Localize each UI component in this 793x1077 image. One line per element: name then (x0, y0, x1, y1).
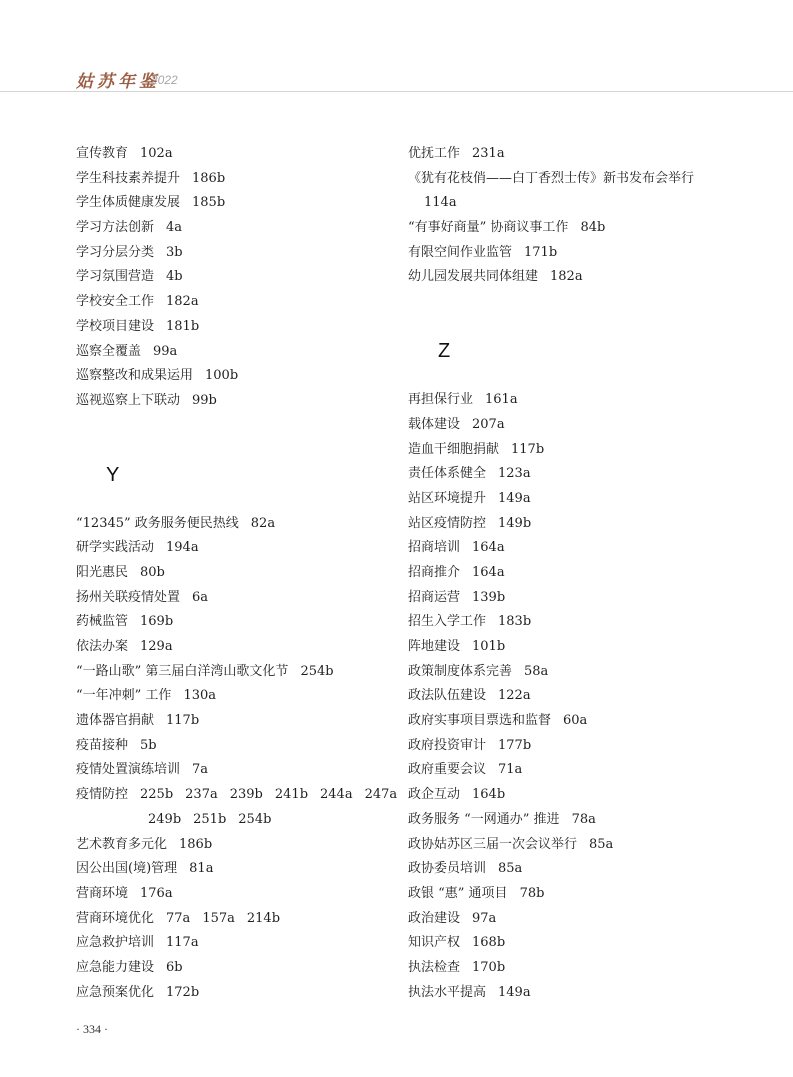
index-entry: 《犹有花枝俏——白丁香烈士传》新书发布会举行 (408, 167, 738, 192)
page-reference: 157a (202, 911, 235, 926)
page-references: 149b (498, 516, 543, 531)
yearbook-year: 2022 (151, 73, 178, 87)
index-term: 招商推介 (408, 565, 460, 580)
page-references: 254b (300, 664, 345, 679)
index-entry: 政府重要会议71a (408, 758, 738, 783)
index-term: 药械监管 (76, 614, 128, 629)
page-references: 85a (498, 861, 534, 876)
page-reference: 97a (472, 911, 496, 926)
index-term: 营商环境优化 (76, 911, 154, 926)
index-entry: 优抚工作231a (408, 142, 738, 167)
page-references: 170b (472, 960, 517, 975)
page-references: 129a (140, 639, 185, 654)
index-term: 疫情防控 (76, 787, 128, 802)
index-entry: “有事好商量” 协商议事工作84b (408, 216, 738, 241)
index-term: “一路山歌” 第三届白洋湾山歌文化节 (76, 664, 288, 679)
page-references: 123a (498, 466, 543, 481)
page-references: 82a (251, 516, 287, 531)
page-references: 149a (498, 985, 543, 1000)
index-entry: 艺术教育多元化186b (76, 833, 386, 858)
page-reference: 171b (524, 245, 557, 260)
page-reference: 251b (193, 812, 226, 827)
index-term: 知识产权 (408, 935, 460, 950)
page-reference: 181b (166, 319, 199, 334)
page-references: 60a (563, 713, 599, 728)
index-entry: 巡视巡察上下联动99b (76, 389, 386, 414)
index-entry: 阳光惠民80b (76, 561, 386, 586)
index-entry: 政银 “惠” 通项目78b (408, 882, 738, 907)
index-term: 载体建设 (408, 417, 460, 432)
page-references: 249b251b254b (148, 812, 283, 827)
page-reference: 60a (563, 713, 587, 728)
index-entry: 执法水平提高149a (408, 981, 738, 1006)
page-references: 100b (205, 368, 250, 383)
page-references: 168b (472, 935, 517, 950)
entries-x-group: 宣传教育102a学生科技素养提升186b学生体质健康发展185b学习方法创新4a… (76, 142, 386, 414)
page-references: 164a (472, 540, 517, 555)
page-reference: 78a (572, 812, 596, 827)
page-references: 164a (472, 565, 517, 580)
page-reference: 170b (472, 960, 505, 975)
page-references: 130a (183, 688, 228, 703)
index-term: 有限空间作业监管 (408, 245, 512, 260)
index-entry: 应急能力建设6b (76, 956, 386, 981)
index-term: 优抚工作 (408, 146, 460, 161)
page-references: 185b (192, 195, 237, 210)
page-reference: 149a (498, 985, 531, 1000)
page-reference: 123a (498, 466, 531, 481)
index-term: 研学实践活动 (76, 540, 154, 555)
page-references: 122a (498, 688, 543, 703)
page-references: 77a157a214b (166, 911, 292, 926)
index-term: 责任体系健全 (408, 466, 486, 481)
index-term: 依法办案 (76, 639, 128, 654)
yearbook-title: 姑苏年鉴 (76, 67, 160, 92)
page-references: 80b (140, 565, 177, 580)
page-reference: 117a (166, 935, 199, 950)
page-reference: 99b (192, 393, 217, 408)
index-entry: 学生体质健康发展185b (76, 191, 386, 216)
page-references: 6b (166, 960, 195, 975)
page-reference: 176a (140, 886, 173, 901)
page-references: 161a (485, 392, 530, 407)
index-entry: 学习分层分类3b (76, 241, 386, 266)
index-entry: 学校项目建设181b (76, 315, 386, 340)
index-entry: 疫情处置演练培训7a (76, 758, 386, 783)
index-term: 营商环境 (76, 886, 128, 901)
entries-y-group: “12345” 政务服务便民热线82a研学实践活动194a阳光惠民80b扬州关联… (76, 512, 386, 1006)
page-reference: 164b (472, 787, 505, 802)
page-reference: 99a (153, 344, 177, 359)
section-letter-y: Y (76, 438, 386, 512)
page-reference: 85a (589, 837, 613, 852)
page-reference: 4a (166, 220, 182, 235)
index-term: 学习氛围营造 (76, 269, 154, 284)
index-term: 学校安全工作 (76, 294, 154, 309)
page-references: 97a (472, 911, 508, 926)
page-reference: 101b (472, 639, 505, 654)
index-column-right: 优抚工作231a《犹有花枝俏——白丁香烈士传》新书发布会举行114a“有事好商量… (408, 142, 738, 1005)
page-reference: 102a (140, 146, 173, 161)
index-entry: 政协姑苏区三届一次会议举行85a (408, 833, 738, 858)
index-term: 政策制度体系完善 (408, 664, 512, 679)
page-reference: 6a (192, 590, 208, 605)
index-entry: 学校安全工作182a (76, 290, 386, 315)
index-entry: 知识产权168b (408, 931, 738, 956)
page-reference: 161a (485, 392, 518, 407)
index-entry: 阵地建设101b (408, 635, 738, 660)
page-reference: 177b (498, 738, 531, 753)
page-references: 4a (166, 220, 194, 235)
page-reference: 84b (580, 220, 605, 235)
page-reference: 58a (524, 664, 548, 679)
page-reference: 237a (185, 787, 218, 802)
page-reference: 169b (140, 614, 173, 629)
page-reference: 239b (230, 787, 263, 802)
page-reference: 214b (247, 911, 280, 926)
page-reference: 78b (520, 886, 545, 901)
index-term: 站区疫情防控 (408, 516, 486, 531)
index-term: 执法水平提高 (408, 985, 486, 1000)
index-term: 招商运营 (408, 590, 460, 605)
index-column-left: 宣传教育102a学生科技素养提升186b学生体质健康发展185b学习方法创新4a… (76, 142, 386, 1005)
index-term: 学习分层分类 (76, 245, 154, 260)
page-reference: 231a (472, 146, 505, 161)
index-entry: 站区环境提升149a (408, 487, 738, 512)
index-entry: 巡察全覆盖99a (76, 340, 386, 365)
page-references: 183b (498, 614, 543, 629)
index-entry: 有限空间作业监管171b (408, 241, 738, 266)
page-references: 117b (166, 713, 211, 728)
index-entry: 宣传教育102a (76, 142, 386, 167)
page-references: 117a (166, 935, 211, 950)
page-reference: 122a (498, 688, 531, 703)
index-entry: 招商推介164a (408, 561, 738, 586)
index-entry: 因公出国(境)管理81a (76, 857, 386, 882)
index-term: 应急救护培训 (76, 935, 154, 950)
index-term: 招商培训 (408, 540, 460, 555)
header-divider (0, 91, 793, 92)
page-references: 169b (140, 614, 185, 629)
page-reference: 80b (140, 565, 165, 580)
index-entry: 巡察整改和成果运用100b (76, 364, 386, 389)
index-term: 学生科技素养提升 (76, 171, 180, 186)
index-entry: 扬州关联疫情处置6a (76, 586, 386, 611)
page-reference: 117b (166, 713, 199, 728)
page-reference: 254b (238, 812, 271, 827)
page-references: 81a (189, 861, 225, 876)
page-references: 3b (166, 245, 195, 260)
index-entry: 营商环境优化77a157a214b (76, 907, 386, 932)
page-references: 172b (166, 985, 211, 1000)
section-gap (76, 414, 386, 438)
index-term: 阵地建设 (408, 639, 460, 654)
index-term: 政协姑苏区三届一次会议举行 (408, 837, 577, 852)
page-references: 101b (472, 639, 517, 654)
page-references: 164b (472, 787, 517, 802)
page-references: 7a (192, 762, 220, 777)
page-reference: 114a (424, 195, 457, 210)
page-references: 186b (192, 171, 237, 186)
section-letter-z: Z (408, 314, 738, 388)
page-references: 6a (192, 590, 220, 605)
page-reference: 71a (498, 762, 522, 777)
index-term: 政府投资审计 (408, 738, 486, 753)
page-reference: 168b (472, 935, 505, 950)
page-reference: 244a (320, 787, 353, 802)
page-references: 99a (153, 344, 189, 359)
page-references: 102a (140, 146, 185, 161)
page-references: 182a (166, 294, 211, 309)
page-reference: 85a (498, 861, 522, 876)
page-reference: 241b (275, 787, 308, 802)
page-references: 176a (140, 886, 185, 901)
page-reference: 77a (166, 911, 190, 926)
index-term: 学校项目建设 (76, 319, 154, 334)
page-references: 171b (524, 245, 569, 260)
index-term: 阳光惠民 (76, 565, 128, 580)
page-references: 194a (166, 540, 211, 555)
page-reference: 207a (472, 417, 505, 432)
section-gap (408, 290, 738, 314)
index-entry: 政治建设97a (408, 907, 738, 932)
page-reference: 182a (166, 294, 199, 309)
index-entry: 政府投资审计177b (408, 734, 738, 759)
index-term: “一年冲刺” 工作 (76, 688, 171, 703)
page-reference: 249b (148, 812, 181, 827)
page-reference: 172b (166, 985, 199, 1000)
page-reference: 225b (140, 787, 173, 802)
index-entry: 依法办案129a (76, 635, 386, 660)
page-references: 114a (424, 195, 469, 210)
page-references: 78a (572, 812, 608, 827)
page-references: 58a (524, 664, 560, 679)
page-references: 182a (550, 269, 595, 284)
page-reference: 164a (472, 565, 505, 580)
page-references: 71a (498, 762, 534, 777)
page-reference: 247a (365, 787, 398, 802)
index-entry: 再担保行业161a (408, 388, 738, 413)
index-entry: 责任体系健全123a (408, 462, 738, 487)
page-reference: 100b (205, 368, 238, 383)
index-entry: 研学实践活动194a (76, 536, 386, 561)
page-references: 186b (179, 837, 224, 852)
index-entry: 疫情防控225b237a239b241b244a247a (76, 783, 386, 808)
page-reference: 183b (498, 614, 531, 629)
page-references: 231a (472, 146, 517, 161)
index-term: 巡察整改和成果运用 (76, 368, 193, 383)
index-term: 疫情处置演练培训 (76, 762, 180, 777)
index-entry: 载体建设207a (408, 413, 738, 438)
page-reference: 3b (166, 245, 183, 260)
page-header: 姑苏年鉴 2022 (0, 0, 793, 92)
page-references: 78b (520, 886, 557, 901)
page-references: 177b (498, 738, 543, 753)
index-term: 应急预案优化 (76, 985, 154, 1000)
index-term: 政府实事项目票选和监督 (408, 713, 551, 728)
entries-y-continued-group: 优抚工作231a《犹有花枝俏——白丁香烈士传》新书发布会举行114a“有事好商量… (408, 142, 738, 290)
index-term: 政法队伍建设 (408, 688, 486, 703)
index-term: 政治建设 (408, 911, 460, 926)
index-entry: 招商运营139b (408, 586, 738, 611)
index-entry: 疫苗接种5b (76, 734, 386, 759)
index-term: 巡察全覆盖 (76, 344, 141, 359)
page-references: 84b (580, 220, 617, 235)
index-term: 再担保行业 (408, 392, 473, 407)
index-entry: 招生入学工作183b (408, 610, 738, 635)
page-reference: 129a (140, 639, 173, 654)
index-entry: 政策制度体系完善58a (408, 660, 738, 685)
index-entry: 营商环境176a (76, 882, 386, 907)
page-reference: 194a (166, 540, 199, 555)
index-entry: “一年冲刺” 工作130a (76, 684, 386, 709)
index-term: 执法检查 (408, 960, 460, 975)
index-term: 宣传教育 (76, 146, 128, 161)
page-reference: 82a (251, 516, 275, 531)
index-term: 造血干细胞捐献 (408, 442, 499, 457)
index-term: 扬州关联疫情处置 (76, 590, 180, 605)
page-references: 139b (472, 590, 517, 605)
index-entry: 学习氛围营造4b (76, 265, 386, 290)
index-entry: 政法队伍建设122a (408, 684, 738, 709)
index-entry: 执法检查170b (408, 956, 738, 981)
index-entry: 政协委员培训85a (408, 857, 738, 882)
index-term: “12345” 政务服务便民热线 (76, 516, 239, 531)
index-entry: 学生科技素养提升186b (76, 167, 386, 192)
page-number: · 334 · (76, 1022, 108, 1037)
index-entry: “12345” 政务服务便民热线82a (76, 512, 386, 537)
index-entry: 幼儿园发展共同体组建182a (408, 265, 738, 290)
index-term: 巡视巡察上下联动 (76, 393, 180, 408)
page-references: 149a (498, 491, 543, 506)
entries-z-group: 再担保行业161a载体建设207a造血干细胞捐献117b责任体系健全123a站区… (408, 388, 738, 1005)
index-term: 政银 “惠” 通项目 (408, 886, 508, 901)
index-term: 疫苗接种 (76, 738, 128, 753)
index-term: 幼儿园发展共同体组建 (408, 269, 538, 284)
index-entry: 114a (408, 191, 738, 216)
index-term: 应急能力建设 (76, 960, 154, 975)
index-entry: 应急救护培训117a (76, 931, 386, 956)
page-reference: 81a (189, 861, 213, 876)
page-reference: 185b (192, 195, 225, 210)
page-references: 207a (472, 417, 517, 432)
index-entry: 政府实事项目票选和监督60a (408, 709, 738, 734)
page-reference: 139b (472, 590, 505, 605)
index-term: 艺术教育多元化 (76, 837, 167, 852)
page-reference: 4b (166, 269, 183, 284)
index-entry: 政务服务 “一网通办” 推进78a (408, 808, 738, 833)
page-references: 181b (166, 319, 211, 334)
index-term: 学生体质健康发展 (76, 195, 180, 210)
page-reference: 5b (140, 738, 157, 753)
index-entry: 政企互动164b (408, 783, 738, 808)
page-references: 99b (192, 393, 229, 408)
index-term: 政企互动 (408, 787, 460, 802)
page-reference: 130a (183, 688, 216, 703)
index-term: 政府重要会议 (408, 762, 486, 777)
index-entry: 249b251b254b (76, 808, 386, 833)
page-reference: 7a (192, 762, 208, 777)
page-reference: 254b (300, 664, 333, 679)
index-entry: 遗体器官捐献117b (76, 709, 386, 734)
index-term: 招生入学工作 (408, 614, 486, 629)
index-entry: 站区疫情防控149b (408, 512, 738, 537)
index-entry: 药械监管169b (76, 610, 386, 635)
index-term: 《犹有花枝俏——白丁香烈士传》新书发布会举行 (408, 171, 694, 186)
page-reference: 164a (472, 540, 505, 555)
index-term: “有事好商量” 协商议事工作 (408, 220, 568, 235)
page-reference: 182a (550, 269, 583, 284)
page-references: 5b (140, 738, 169, 753)
page-references: 225b237a239b241b244a247a (140, 787, 409, 802)
page-reference: 6b (166, 960, 183, 975)
page-references: 4b (166, 269, 195, 284)
page-reference: 149a (498, 491, 531, 506)
page-reference: 186b (192, 171, 225, 186)
page-reference: 149b (498, 516, 531, 531)
index-entry: 学习方法创新4a (76, 216, 386, 241)
index-term: 遗体器官捐献 (76, 713, 154, 728)
index-term: 学习方法创新 (76, 220, 154, 235)
page-references: 85a (589, 837, 625, 852)
page-reference: 117b (511, 442, 544, 457)
index-term: 政协委员培训 (408, 861, 486, 876)
index-entry: 应急预案优化172b (76, 981, 386, 1006)
index-entry: “一路山歌” 第三届白洋湾山歌文化节254b (76, 660, 386, 685)
index-term: 因公出国(境)管理 (76, 861, 177, 876)
page-references: 117b (511, 442, 556, 457)
index-entry: 招商培训164a (408, 536, 738, 561)
index-entry: 造血干细胞捐献117b (408, 438, 738, 463)
index-term: 站区环境提升 (408, 491, 486, 506)
index-term: 政务服务 “一网通办” 推进 (408, 812, 560, 827)
page-reference: 186b (179, 837, 212, 852)
